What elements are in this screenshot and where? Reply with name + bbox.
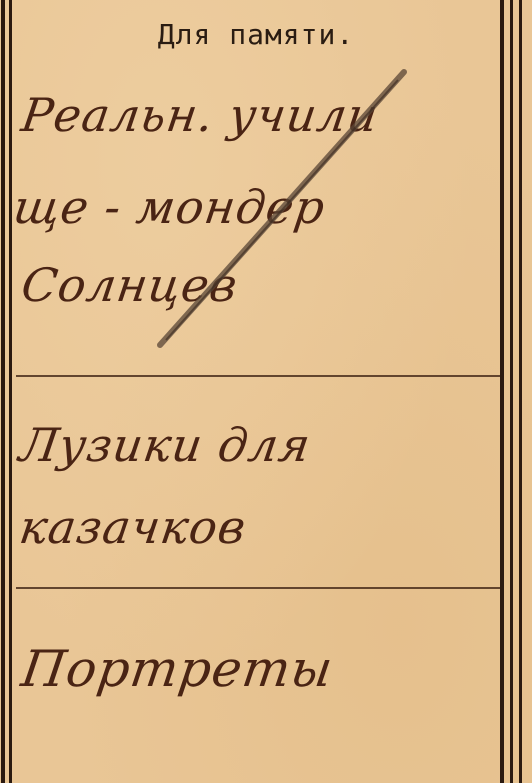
divider-2 <box>16 587 500 589</box>
entry-3-line-1: Портреты <box>18 640 337 698</box>
divider-1 <box>16 375 500 377</box>
entry-2-line-1: Лузики для <box>16 418 314 472</box>
entry-2-line-2: казачков <box>16 500 250 554</box>
